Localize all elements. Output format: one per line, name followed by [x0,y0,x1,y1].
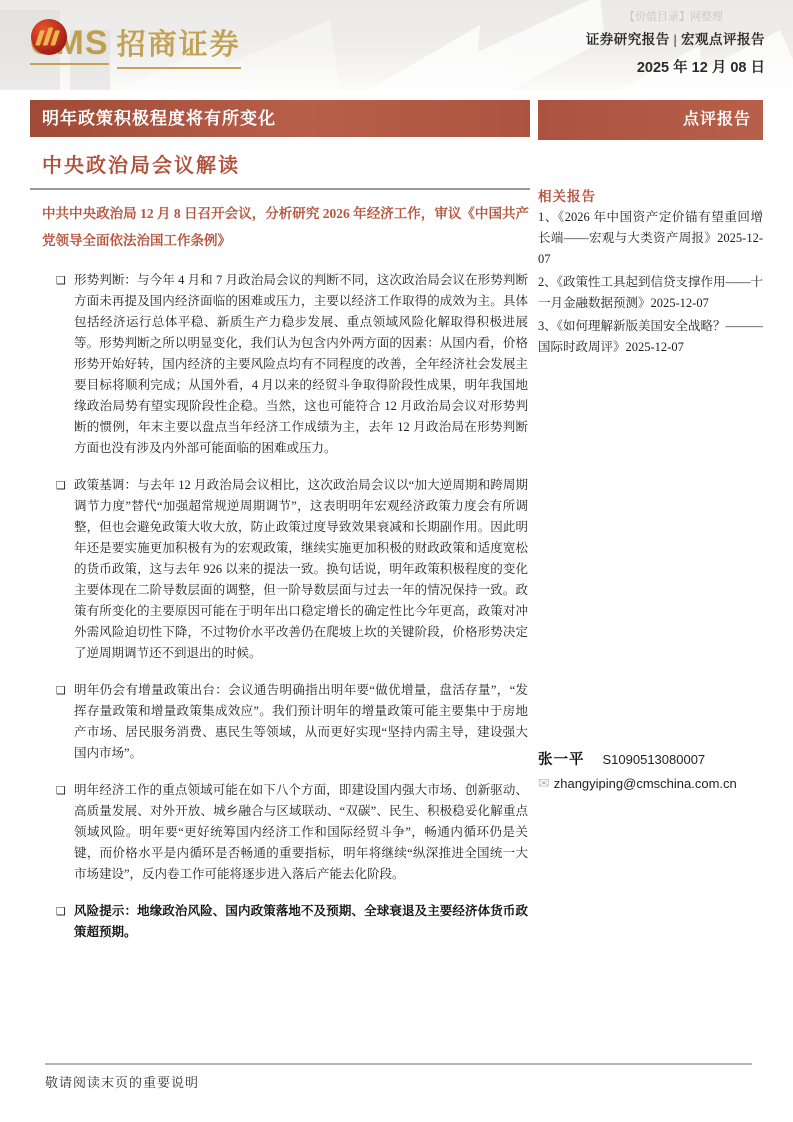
bullet-square-icon: ❑ [56,475,74,664]
cms-logo-badge-icon [30,18,68,56]
page-title: 中央政治局会议解读 [30,145,530,190]
related-report-link-2[interactable]: 2、《政策性工具起到信贷支撑作用——十一月金融数据预测》2025-12-07 [538,272,763,314]
bullet-text: 形势判断：与今年 4 月和 7 月政治局会议的判断不同，这次政治局会议在形势判断… [74,270,528,459]
bullet-situation-judgment: ❑ 形势判断：与今年 4 月和 7 月政治局会议的判断不同，这次政治局会议在形势… [56,270,528,459]
bullet-incremental-policy: ❑ 明年仍会有增量政策出台：会议通告明确指出明年要“做优增量，盘活存量”，“发挥… [56,680,528,764]
report-title-bar: 明年政策积极程度将有所变化 [30,100,530,137]
cms-logo-chinese: 招商证券 [117,22,241,69]
related-reports-heading: 相关报告 [538,185,763,205]
bullet-text: 政策基调：与去年 12 月政治局会议相比，这次政治局会议以“加大逆周期和跨周期调… [74,475,528,664]
bullet-square-icon: ❑ [56,680,74,764]
bullet-square-icon: ❑ [56,780,74,885]
analyst-block: 张一平 S1090513080007 ✉ zhangyiping@cmschin… [538,748,763,792]
cms-logo: CMS 招商证券 [30,22,241,69]
header-meta: 证券研究报告 | 宏观点评报告 2025 年 12 月 08 日 [586,28,765,77]
analyst-email[interactable]: zhangyiping@cmschina.com.cn [554,776,737,791]
bullet-policy-tone: ❑ 政策基调：与去年 12 月政治局会议相比，这次政治局会议以“加大逆周期和跨周… [56,475,528,664]
bullet-square-icon: ❑ [56,901,74,943]
watermark-text: 【价值目录】网整理 [624,8,723,24]
report-date: 2025 年 12 月 08 日 [586,56,765,77]
related-report-link-1[interactable]: 1、《2026 年中国资产定价锚有望重回增长端——宏观与大类资产周报》2025-… [538,207,763,270]
report-category-badge: 点评报告 [538,100,763,140]
analyst-license-id: S1090513080007 [603,752,706,767]
bullet-square-icon: ❑ [56,270,74,459]
report-type-label: 证券研究报告 | 宏观点评报告 [586,28,765,48]
bullet-text: 明年仍会有增量政策出台：会议通告明确指出明年要“做优增量，盘活存量”，“发挥存量… [74,680,528,764]
main-column: 中央政治局会议解读 中共中央政治局 12 月 8 日召开会议，分析研究 2026… [30,145,530,943]
analyst-name: 张一平 [538,748,585,769]
envelope-icon: ✉ [538,775,550,792]
bullet-text: 风险提示：地缘政治风险、国内政策落地不及预期、全球衰退及主要经济体货币政策超预期… [74,901,528,943]
sidebar: 相关报告 1、《2026 年中国资产定价锚有望重回增长端——宏观与大类资产周报》… [538,140,763,1040]
bullet-key-areas: ❑ 明年经济工作的重点领域可能在如下八个方面，即建设国内强大市场、创新驱动、高质… [56,780,528,885]
footer-disclaimer-note: 敬请阅读末页的重要说明 [45,1072,199,1091]
bullet-risk-warning: ❑ 风险提示：地缘政治风险、国内政策落地不及预期、全球衰退及主要经济体货币政策超… [56,901,528,943]
footer-divider [45,1063,752,1065]
summary-lead: 中共中央政治局 12 月 8 日召开会议，分析研究 2026 年经济工作，审议《… [42,200,529,254]
bullet-text: 明年经济工作的重点领域可能在如下八个方面，即建设国内强大市场、创新驱动、高质量发… [74,780,528,885]
related-report-link-3[interactable]: 3、《如何理解新版美国安全战略？———国际时政周评》2025-12-07 [538,316,763,358]
report-page: CMS 招商证券 【价值目录】网整理 证券 [0,0,793,1122]
header-band: CMS 招商证券 【价值目录】网整理 证券 [0,0,793,90]
